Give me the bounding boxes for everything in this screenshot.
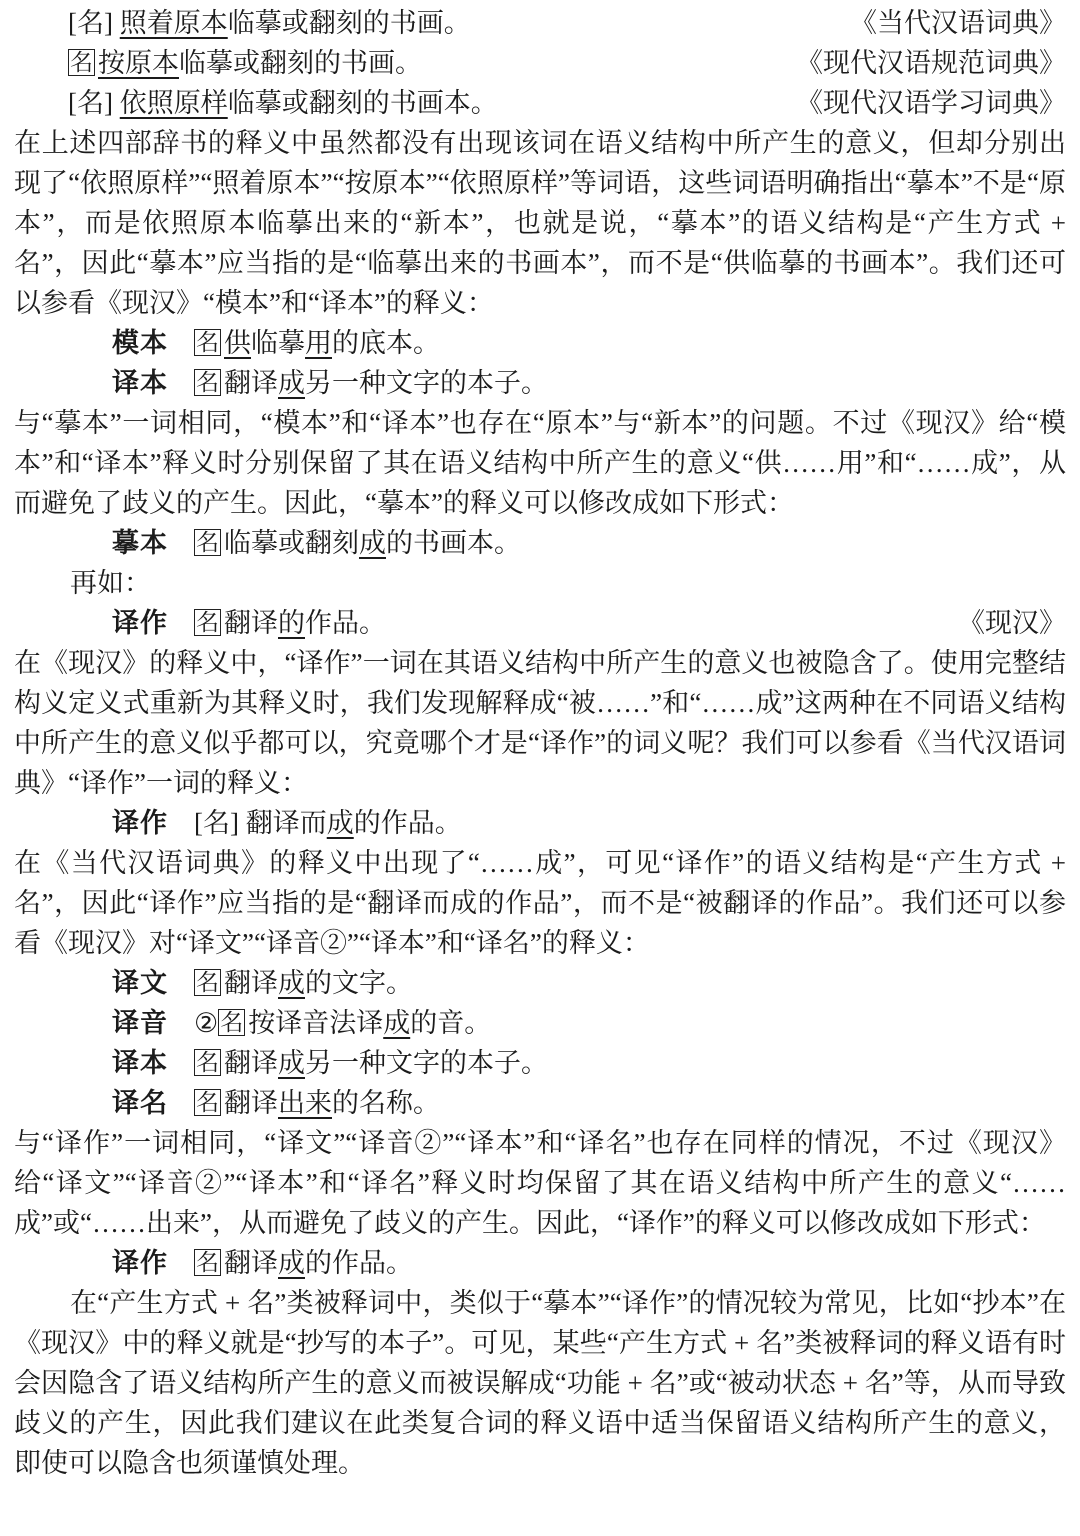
text-run: 临摹或翻刻的书画。 — [179, 48, 422, 78]
entry-headword: 译作 — [112, 808, 168, 838]
text-run: 另一种文字的本子。 — [305, 1048, 548, 1078]
paragraph: 在《现汉》的释义中，“译作”一词在其语义结构中所产生的意义也被隐含了。使用完整结… — [14, 643, 1066, 803]
text-run: 翻译 — [224, 1088, 278, 1118]
entry-headword: 模本 — [112, 328, 168, 358]
paragraph: 在《当代汉语词典》的释义中出现了“……成”，可见“译作”的语义结构是“产生方式 … — [14, 843, 1066, 963]
text-run: 作品。 — [305, 608, 386, 638]
text-run: 的音。 — [410, 1008, 491, 1038]
boxed-noun-marker: 名 — [194, 529, 221, 556]
text-run: 另一种文字的本子。 — [305, 368, 548, 398]
underlined-term: 成 — [278, 1048, 305, 1078]
underlined-term: 成 — [278, 368, 305, 398]
dictionary-entry: 译本名翻译成另一种文字的本子。 — [14, 363, 1066, 403]
boxed-noun-marker: 名 — [194, 1249, 221, 1276]
underlined-term: 的 — [278, 608, 305, 638]
line-content: 名按原本临摹或翻刻的书画。 — [68, 43, 422, 83]
text-run: 的作品。 — [305, 1248, 413, 1278]
boxed-noun-marker: 名 — [194, 1089, 221, 1116]
boxed-noun-marker: 名 — [218, 1009, 245, 1036]
line-content: 模本名供临摹用的底本。 — [112, 323, 440, 363]
source-dictionary-label: 《现代汉语规范词典》 — [796, 43, 1066, 83]
text-run: 在《当代汉语词典》的释义中出现了“……成”，可见“译作”的语义结构是“产生方式 … — [14, 848, 1066, 958]
entry-headword: 译作 — [112, 1248, 168, 1278]
text-run: 的作品。 — [354, 808, 462, 838]
underlined-term: 出来 — [278, 1088, 332, 1118]
underlined-term: 成 — [383, 1008, 410, 1038]
entry-headword: 译音 — [112, 1008, 168, 1038]
text-run: 翻译 — [224, 1048, 278, 1078]
definition-line: [名] 照着原本临摹或翻刻的书画。《当代汉语词典》 — [14, 3, 1066, 43]
text-run: 与“摹本”一词相同，“模本”和“译本”也存在“原本”与“新本”的问题。不过《现汉… — [14, 408, 1066, 518]
text-run: 临摹 — [251, 328, 305, 358]
text-run: 翻译 — [224, 968, 278, 998]
entry-headword: 译本 — [112, 368, 168, 398]
dictionary-entry: 译作名翻译成的作品。 — [14, 1243, 1066, 1283]
text-run: 临摹或翻刻的书画。 — [228, 8, 471, 38]
underlined-term: 用 — [305, 328, 332, 358]
line-content: 摹本名临摹或翻刻成的书画本。 — [112, 523, 521, 563]
text-run: 与“译作”一词相同，“译文”“译音②”“译本”和“译名”也存在同样的情况，不过《… — [14, 1128, 1066, 1238]
entry-headword: 摹本 — [112, 528, 168, 558]
text-run: [名] — [68, 8, 120, 38]
text-run: 在《现汉》的释义中，“译作”一词在其语义结构中所产生的意义也被隐含了。使用完整结… — [14, 648, 1066, 798]
line-content: [名] 依照原样临摹或翻刻的书画本。 — [68, 83, 498, 123]
paragraph: 再如： — [14, 563, 1066, 603]
underlined-term: 按原本 — [98, 48, 179, 78]
text-run: 在“产生方式 + 名”类被释词中，类似于“摹本”“译作”的情况较为常见，比如“抄… — [14, 1288, 1066, 1478]
text-run: [名] — [68, 88, 120, 118]
underlined-term: 供 — [224, 328, 251, 358]
underlined-term: 成 — [278, 968, 305, 998]
entry-headword: 译文 — [112, 968, 168, 998]
dictionary-entry: 译本名翻译成另一种文字的本子。 — [14, 1043, 1066, 1083]
paragraph: 在上述四部辞书的释义中虽然都没有出现该词在语义结构中所产生的意义，但却分别出现了… — [14, 123, 1066, 323]
text-run: 翻译 — [224, 1248, 278, 1278]
source-dictionary-label: 《现汉》 — [958, 603, 1066, 643]
source-dictionary-label: 《现代汉语学习词典》 — [796, 83, 1066, 123]
line-content: 译文名翻译成的文字。 — [112, 963, 413, 1003]
entry-headword: 译名 — [112, 1088, 168, 1118]
text-run: 再如： — [70, 568, 151, 598]
dictionary-entry: 模本名供临摹用的底本。 — [14, 323, 1066, 363]
line-content: 译本名翻译成另一种文字的本子。 — [112, 363, 548, 403]
underlined-term: 依照原样 — [120, 88, 228, 118]
line-content: 译名名翻译出来的名称。 — [112, 1083, 440, 1123]
dictionary-entry: 译音②名按译音法译成的音。 — [14, 1003, 1066, 1043]
line-content: 译作[名] 翻译而成的作品。 — [112, 803, 462, 843]
dictionary-entry: 译作名翻译的作品。《现汉》 — [14, 603, 1066, 643]
paragraph: 与“译作”一词相同，“译文”“译音②”“译本”和“译名”也存在同样的情况，不过《… — [14, 1123, 1066, 1243]
underlined-term: 成 — [359, 528, 386, 558]
line-content: 译作名翻译成的作品。 — [112, 1243, 413, 1283]
boxed-noun-marker: 名 — [194, 329, 221, 356]
entry-headword: 译本 — [112, 1048, 168, 1078]
text-run: 翻译 — [224, 608, 278, 638]
line-content: 译音②名按译音法译成的音。 — [112, 1003, 491, 1043]
source-dictionary-label: 《当代汉语词典》 — [850, 3, 1066, 43]
paragraph: 在“产生方式 + 名”类被释词中，类似于“摹本”“译作”的情况较为常见，比如“抄… — [14, 1283, 1066, 1483]
text-run: 的名称。 — [332, 1088, 440, 1118]
text-run: 的文字。 — [305, 968, 413, 998]
definition-line: [名] 依照原样临摹或翻刻的书画本。《现代汉语学习词典》 — [14, 83, 1066, 123]
entry-headword: 译作 — [112, 608, 168, 638]
boxed-noun-marker: 名 — [194, 369, 221, 396]
dictionary-entry: 译文名翻译成的文字。 — [14, 963, 1066, 1003]
line-content: 译作名翻译的作品。 — [112, 603, 386, 643]
text-run: 按译音法译 — [248, 1008, 383, 1038]
text-run: 的书画本。 — [386, 528, 521, 558]
underlined-term: 成 — [327, 808, 354, 838]
boxed-noun-marker: 名 — [194, 969, 221, 996]
underlined-term: 照着原本 — [120, 8, 228, 38]
dictionary-entry: 摹本名临摹或翻刻成的书画本。 — [14, 523, 1066, 563]
definition-line: 名按原本临摹或翻刻的书画。《现代汉语规范词典》 — [14, 43, 1066, 83]
text-run: 翻译 — [224, 368, 278, 398]
text-run: [名] 翻译而 — [194, 808, 327, 838]
boxed-noun-marker: 名 — [194, 1049, 221, 1076]
boxed-noun-marker: 名 — [194, 609, 221, 636]
text-run: 在上述四部辞书的释义中虽然都没有出现该词在语义结构中所产生的意义，但却分别出现了… — [14, 128, 1066, 318]
text-run: 临摹或翻刻的书画本。 — [228, 88, 498, 118]
document-page: [名] 照着原本临摹或翻刻的书画。《当代汉语词典》名按原本临摹或翻刻的书画。《现… — [0, 0, 1080, 1483]
text-run: 临摹或翻刻 — [224, 528, 359, 558]
text-run: ② — [194, 1008, 218, 1038]
line-content: [名] 照着原本临摹或翻刻的书画。 — [68, 3, 471, 43]
dictionary-entry: 译作[名] 翻译而成的作品。 — [14, 803, 1066, 843]
boxed-noun-marker: 名 — [68, 49, 95, 76]
text-run: 的底本。 — [332, 328, 440, 358]
line-content: 译本名翻译成另一种文字的本子。 — [112, 1043, 548, 1083]
underlined-term: 成 — [278, 1248, 305, 1278]
document-body: [名] 照着原本临摹或翻刻的书画。《当代汉语词典》名按原本临摹或翻刻的书画。《现… — [0, 0, 1080, 1483]
paragraph: 与“摹本”一词相同，“模本”和“译本”也存在“原本”与“新本”的问题。不过《现汉… — [14, 403, 1066, 523]
dictionary-entry: 译名名翻译出来的名称。 — [14, 1083, 1066, 1123]
